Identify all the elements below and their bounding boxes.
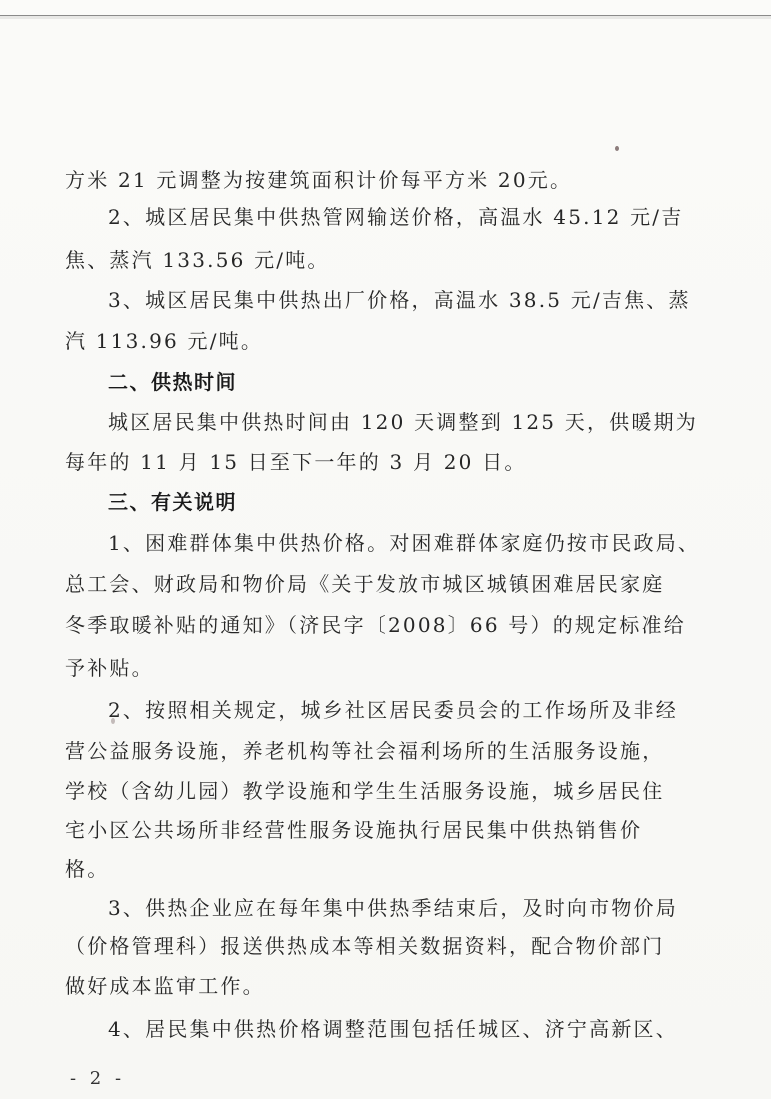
- text-line: 总工会、财政局和物价局《关于发放市城区城镇困难居民家庭: [65, 572, 660, 596]
- text-line: 2、城区居民集中供热管网输送价格，高温水 45.12 元/吉: [108, 205, 660, 229]
- text-line: 营公益服务设施，养老机构等社会福利场所的生活服务设施，: [65, 739, 660, 763]
- text-line: 冬季取暖补贴的通知》（济民字〔2008〕66 号）的规定标准给: [65, 613, 660, 637]
- text-line: 每年的 11 月 15 日至下一年的 3 月 20 日。: [65, 450, 660, 474]
- text-line: 格。: [65, 857, 660, 881]
- text-line: 焦、蒸汽 133.56 元/吨。: [65, 248, 660, 272]
- text-line: 宅小区公共场所非经营性服务设施执行居民集中供热销售价: [65, 818, 660, 842]
- text-line: 3、城区居民集中供热出厂价格，高温水 38.5 元/吉焦、蒸: [108, 288, 660, 312]
- section-heading-heating-time: 二、供热时间: [108, 370, 660, 394]
- text-line: 汽 113.96 元/吨。: [65, 329, 660, 353]
- text-line: 做好成本监审工作。: [65, 974, 660, 998]
- text-line: 4、居民集中供热价格调整范围包括任城区、济宁高新区、: [108, 1017, 660, 1041]
- paper-speck: [615, 146, 619, 151]
- text-line: 2、按照相关规定，城乡社区居民委员会的工作场所及非经: [108, 698, 660, 722]
- section-heading-notes: 三、有关说明: [108, 490, 660, 514]
- text-line: （价格管理科）报送供热成本等相关数据资料，配合物价部门: [65, 934, 660, 958]
- page-number: - 2 -: [70, 1068, 125, 1089]
- text-line: 3、供热企业应在每年集中供热季结束后，及时向市物价局: [108, 896, 660, 920]
- text-line: 1、困难群体集中供热价格。对困难群体家庭仍按市民政局、: [108, 531, 660, 555]
- text-line: 城区居民集中供热时间由 120 天调整到 125 天，供暖期为: [108, 410, 660, 434]
- text-line: 学校（含幼儿园）教学设施和学生生活服务设施，城乡居民住: [65, 779, 660, 803]
- paper-speck: [111, 718, 115, 724]
- text-line: 予补贴。: [65, 656, 660, 680]
- text-line: 方米 21 元调整为按建筑面积计价每平方米 20元。: [65, 168, 660, 192]
